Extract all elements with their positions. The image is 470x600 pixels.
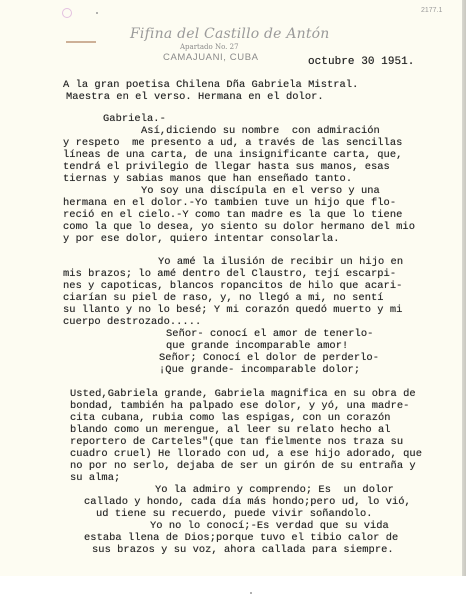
archive-number: 2177.1 [421, 7, 442, 14]
closing-line: Yo la admiro y comprendo; Es un dolor [155, 484, 394, 496]
address-line: A la gran poetisa Chilena Dña Gabriela M… [63, 79, 358, 91]
body-line: reció en el cielo.-Y como tan madre es l… [63, 209, 402, 221]
closing-line: no por no serlo, dejaba de ser un girón … [70, 460, 416, 472]
ink-dot [250, 592, 252, 594]
paper-edge [462, 0, 466, 576]
stamp-mark [62, 8, 72, 18]
body-line: cuerpo destrozado..... [63, 316, 201, 328]
body-line: Yo soy una discípula en el verso y una [141, 185, 380, 197]
body-line: nes y capoticas, blancos ropancitos de h… [63, 280, 402, 292]
closing-line: cuadro cruel) He llorado con ud, a ese h… [70, 448, 422, 460]
closing-line: Yo no lo conocí;-Es verdad que su vida [150, 520, 389, 532]
body-line: Así,diciendo su nombre con admiración [141, 125, 380, 137]
closing-line: bondad, también ha palpado ese dolor, y … [70, 400, 409, 412]
letter-page: 2177.1 Fifina del Castillo de Antón Apar… [0, 0, 462, 576]
verse-line: Señor- conocí el amor de tenerlo- [166, 328, 373, 340]
body-line: su llanto y no lo besé; Y mi corazón que… [63, 304, 402, 316]
letterhead-city: CAMAJUANI, CUBA [163, 52, 259, 63]
ink-mark [66, 41, 96, 43]
body-line: hermana en el dolor.-Yo tambien tuve un … [63, 197, 396, 209]
address-line: Maestra en el verso. Hermana en el dolor… [66, 91, 324, 103]
body-line: y por ese dolor, quiero intentar consola… [63, 233, 340, 245]
closing-line: estaba llena de Dios;porque tuvo el tibi… [84, 532, 398, 544]
salutation: Gabriela.- [103, 113, 166, 125]
closing-line: cita cubana, rubia como las espigas, con… [70, 412, 391, 424]
closing-line: su alma; [70, 472, 120, 484]
body-line: y respeto me presento a ud, a través de … [63, 137, 402, 149]
body-line: líneas de una carta, de una insignifican… [63, 149, 402, 161]
letter-date: octubre 30 1951. [308, 56, 414, 68]
closing-line: ud tiene su recuerdo, puede vivir soñand… [96, 508, 373, 520]
body-line: tendrá el privilegio de llegar hasta sus… [63, 161, 390, 173]
closing-line: callado y hondo, cada día más hondo;pero… [84, 496, 411, 508]
verse-line: que grande incomparable amor! [166, 340, 348, 352]
verse-line: ¡Que grande- incomparable dolor; [159, 364, 360, 376]
closing-line: Usted,Gabriela grande, Gabriela magnific… [70, 388, 416, 400]
body-line: mis brazos; lo amé dentro del Claustro, … [63, 268, 396, 280]
closing-line: blando como un merengue, al leer su rela… [70, 424, 391, 436]
body-line: ciarían su piel de raso, y, no llegó a m… [63, 292, 384, 304]
body-line: como la que lo desea, yo siento su dolor… [63, 221, 415, 233]
body-line: Yo amé la ilusión de recibir un hijo en [158, 256, 403, 268]
closing-line: sus brazos y su voz, ahora callada para … [92, 544, 394, 556]
letterhead-name: Fifina del Castillo de Antón [130, 26, 330, 42]
body-line: tiernas y sabias manos que han enseñado … [63, 173, 352, 185]
letterhead-box: Apartado No. 27 [180, 43, 239, 51]
closing-line: reportero de Carteles"(que tan fielmente… [70, 436, 403, 448]
ink-dot [96, 12, 98, 14]
verse-line: Señor; Conocí el dolor de perderlo- [159, 352, 379, 364]
